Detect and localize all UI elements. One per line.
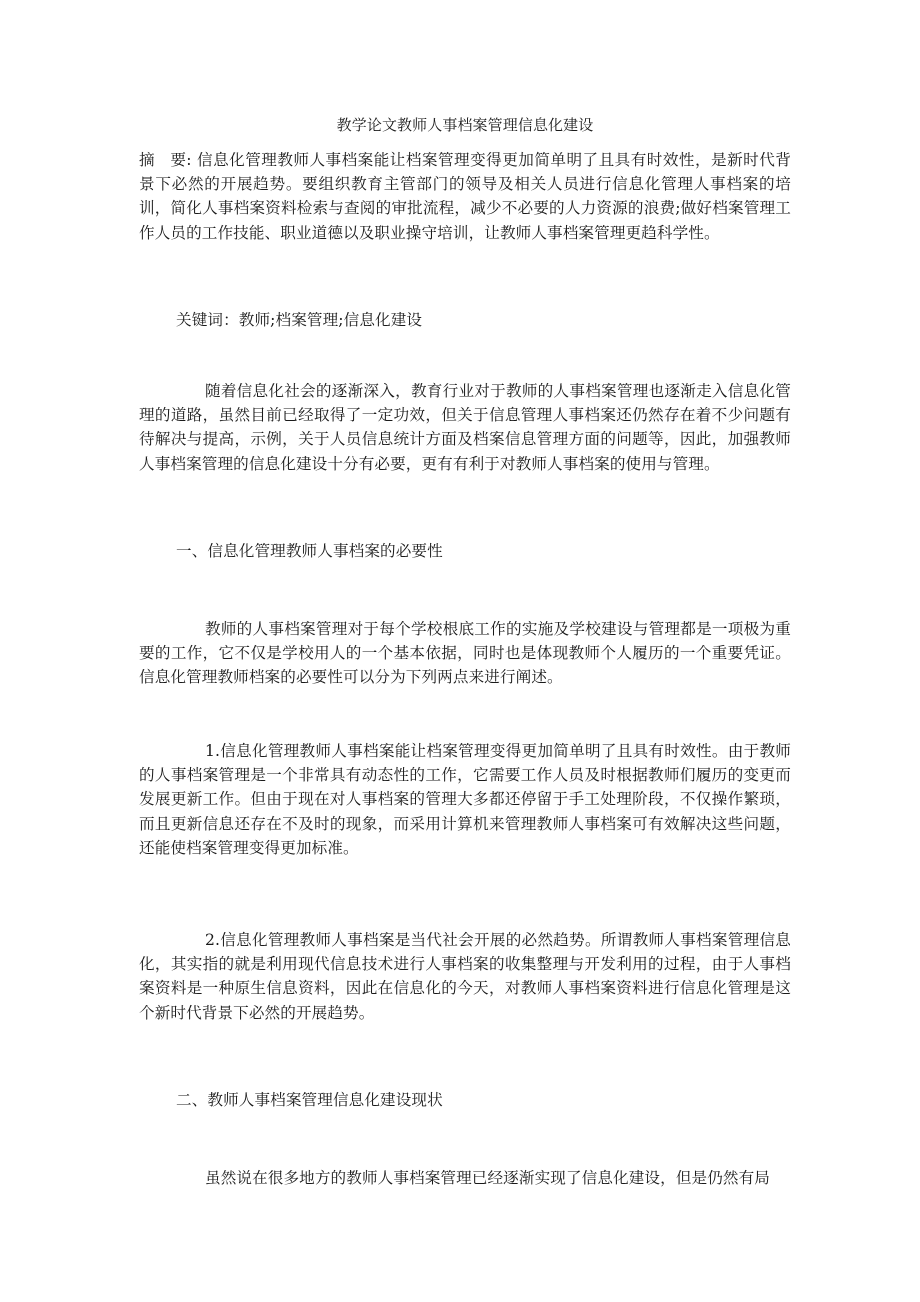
section1-point1: 1.信息化管理教师人事档案能让档案管理变得更加简单明了且具有时效性。由于教师的人… <box>139 739 791 860</box>
section1-point2: 2.信息化管理教师人事档案是当代社会开展的必然趋势。所谓教师人事档案管理信息化，… <box>139 928 791 1025</box>
section2-paragraph: 虽然说在很多地方的教师人事档案管理已经逐渐实现了信息化建设，但是仍然有局 <box>139 1166 791 1190</box>
intro-paragraph: 随着信息化社会的逐渐深入，教育行业对于教师的人事档案管理也逐渐走入信息化管理的道… <box>139 379 791 476</box>
abstract-text: 信息化管理教师人事档案能让档案管理变得更加简单明了且具有时效性，是新时代背景下必… <box>139 151 791 242</box>
section1-paragraph: 教师的人事档案管理对于每个学校根底工作的实施及学校建设与管理都是一项极为重要的工… <box>139 617 791 690</box>
document-title: 教学论文教师人事档案管理信息化建设 <box>139 113 791 137</box>
keywords-line: 关键词：教师;档案管理;信息化建设 <box>139 308 791 332</box>
abstract-label: 摘要: <box>139 151 192 169</box>
abstract-label-char1: 摘 <box>139 151 155 169</box>
abstract-label-char2: 要: <box>170 151 192 169</box>
abstract-paragraph: 摘要: 信息化管理教师人事档案能让档案管理变得更加简单明了且具有时效性，是新时代… <box>139 148 791 245</box>
section2-heading: 二、教师人事档案管理信息化建设现状 <box>139 1088 791 1112</box>
section1-heading: 一、信息化管理教师人事档案的必要性 <box>139 539 791 563</box>
